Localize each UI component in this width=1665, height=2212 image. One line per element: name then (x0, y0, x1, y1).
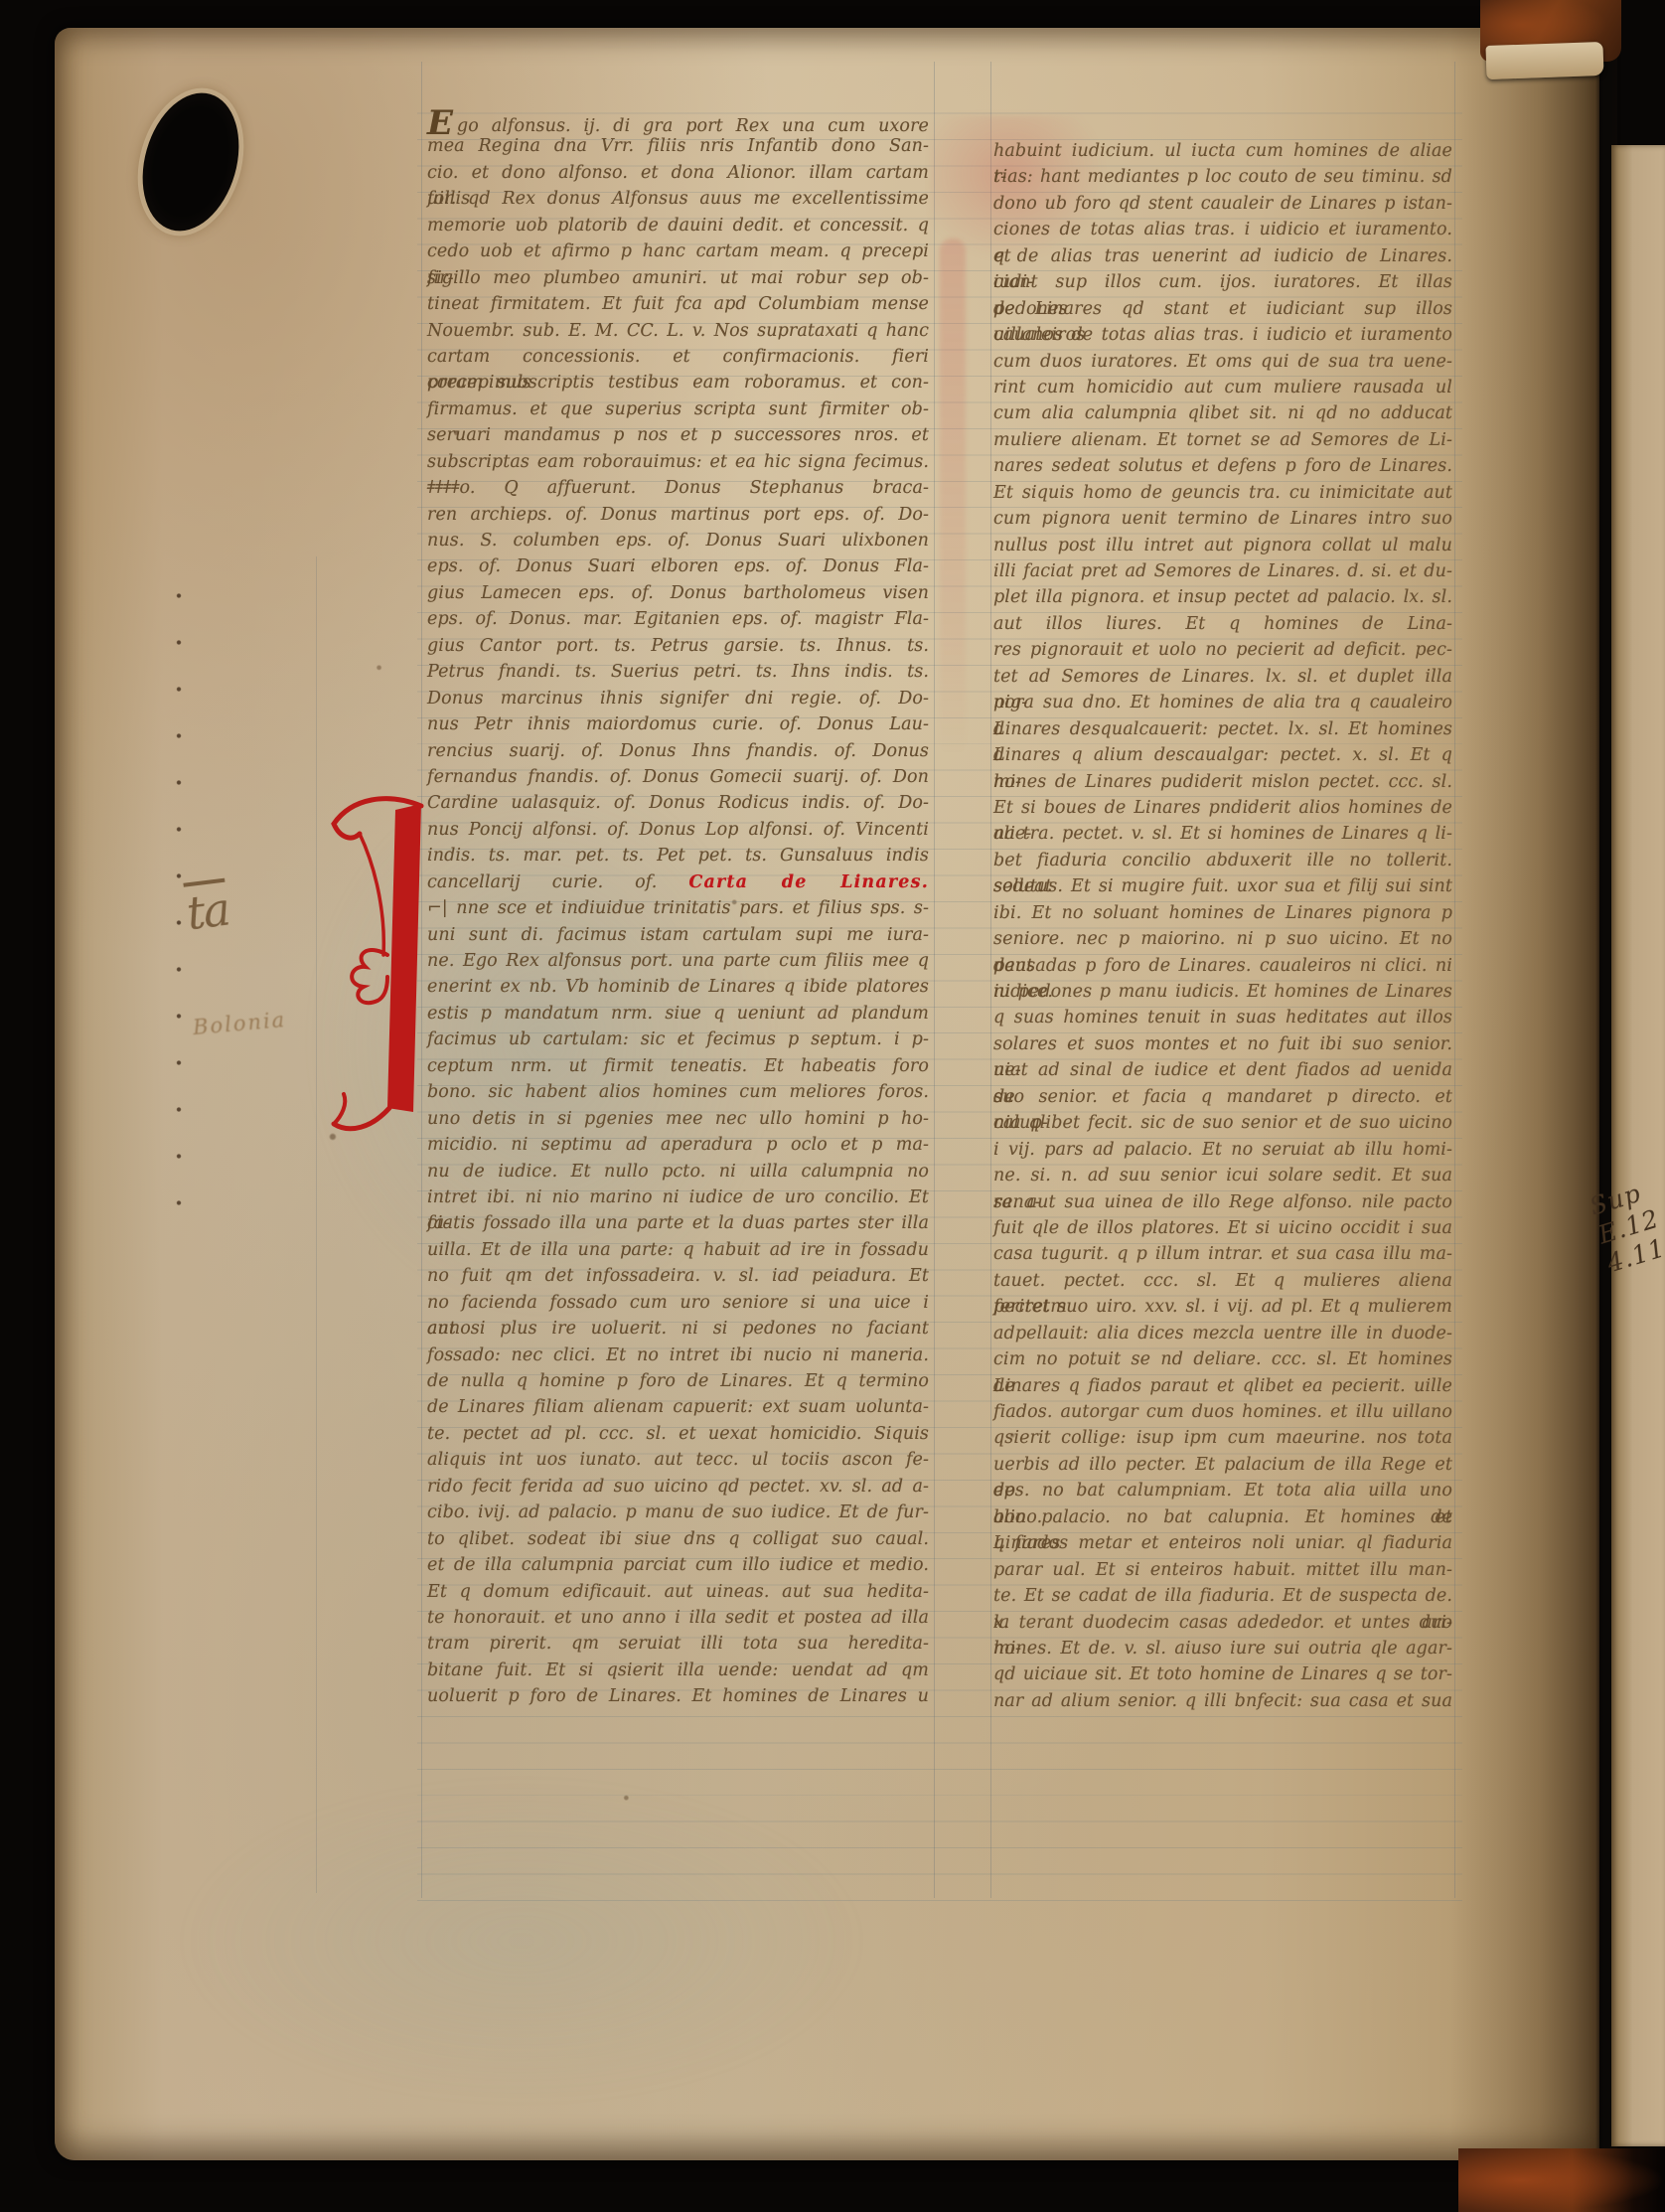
text-line: nus. S. columben eps. of. Donus Suari ul… (427, 528, 929, 553)
text-line: aut illos liures. Et q homines de Lina- (993, 611, 1452, 637)
text-line: seruari mandamus p nos et p successores … (427, 422, 929, 448)
text-line: ciatis fossado illa una parte et la duas… (427, 1210, 929, 1236)
text-line: micidio. ni septimu ad aperadura p oclo … (427, 1132, 929, 1158)
text-line: cedo uob et afirmo p hanc cartam meam. q… (427, 238, 929, 264)
text-line: gius Lamecen eps. of. Donus bartholomeus… (427, 580, 929, 606)
text-line: ǂǂǂǂo. Q affuerunt. Donus Stephanus brac… (427, 475, 929, 501)
text-line: pausadas p foro de Linares. caualeiros n… (993, 953, 1452, 979)
text-line: aliquis int uos iunato. aut tecc. ul toc… (427, 1447, 929, 1473)
text-line: subscriptas eam roborauimus: et ea hic s… (427, 449, 929, 475)
text-line: plet illa pignora. et insup pectet ad pa… (993, 584, 1452, 610)
text-line: Linares q alium descaualgar: pectet. x. … (993, 742, 1452, 768)
text-line: bono. sic habent alios homines cum melio… (427, 1079, 929, 1105)
text-line: nus Poncij alfonsi. of. Donus Lop alfons… (427, 817, 929, 843)
text-line: bitane fuit. Et si qsierit illa uende: u… (427, 1658, 929, 1683)
text-line: adpellauit: alia dices mezcla uentre ill… (993, 1321, 1452, 1346)
text-line: cartam concessionis. et confirmacionis. … (427, 344, 929, 370)
text-line: na tra. pectet. v. sl. Et si homines de … (993, 821, 1452, 847)
text-line: nar ad alium senior. q illi bnfecit: sua… (993, 1688, 1452, 1714)
text-line: memorie uob platorib de dauini dedit. et… (427, 213, 929, 238)
text-line: pectet suo uiro. xxv. sl. i vij. ad pl. … (993, 1294, 1452, 1320)
text-line: enerint ex nb. Vb hominib de Linares q i… (427, 974, 929, 1000)
text-line: rint cum homicidio aut cum muliere rausa… (993, 375, 1452, 400)
text-line: cancellarij curie. of. Carta de Linares. (427, 869, 929, 895)
text-line: qsierit collige: isup ipm cum maeurine. … (993, 1425, 1452, 1451)
text-line: Petrus fnandi. ts. Suerius petri. ts. Ih… (427, 659, 929, 685)
text-line: estis p mandatum nrm. siue q ueniunt ad … (427, 1001, 929, 1027)
text-line: uoluerit p foro de Linares. Et homines d… (427, 1683, 929, 1709)
text-line: rias: hant mediantes p loc couto de seu … (993, 164, 1452, 190)
text-line: parar ual. Et si enteiros habuit. mittet… (993, 1557, 1452, 1583)
text-line: uillanos de totas alias tras. i iudicio … (993, 322, 1452, 348)
text-line: tauet. pectet. ccc. sl. Et q mulieres al… (993, 1268, 1452, 1294)
text-line: no fuit qm det infossadeira. v. sl. iad … (427, 1263, 929, 1289)
text-line: Linares q fiados paraut et qlibet ea pec… (993, 1373, 1452, 1399)
text-line: ne. si. n. ad suu senior icui solare sed… (993, 1163, 1452, 1188)
text-line: Et si boues de Linares pndiderit alios h… (993, 795, 1452, 821)
vertical-ruling-line (1454, 62, 1455, 1898)
text-line: nares sedeat solutus et defens p foro de… (993, 453, 1452, 479)
text-line: de Linares filiam alienam capuerit: ext … (427, 1394, 929, 1420)
text-line: Linares desqualcauerit: pectet. lx. sl. … (993, 716, 1452, 742)
text-line: ciant sup illos cum. ijos. iuratores. Et… (993, 269, 1452, 295)
text-line: habuint iudicium. ul iucta cum homines d… (993, 138, 1452, 164)
text-line: cum duos iuratores. Et oms qui de sua tr… (993, 349, 1452, 375)
text-line: cum alia calumpnia qlibet sit. ni qd no … (993, 400, 1452, 426)
text-line: uerbis ad illo pecter. Et palacium de il… (993, 1452, 1452, 1478)
text-line: indis. ts. mar. pet. ts. Pet pet. ts. Gu… (427, 843, 929, 869)
text-line: cum pignora uenit termino de Linares int… (993, 506, 1452, 532)
text-line: suo senior. et facia q mandaret p direct… (993, 1084, 1452, 1110)
vertical-ruling-line (934, 62, 935, 1898)
text-line: cim no potuit se nd deliare. ccc. sl. Et… (993, 1346, 1452, 1372)
text-line: facimus ub cartulam: sic et fecimus p se… (427, 1027, 929, 1052)
parchment-stain-bottom (174, 1777, 869, 2105)
pricking-holes (175, 572, 183, 1218)
text-line: te. pectet ad pl. ccc. sl. et uexat homi… (427, 1421, 929, 1447)
text-line: to qlibet. sodeat ibi siue dns q colliga… (427, 1526, 929, 1552)
text-line: nus Petr ihnis maiordomus curie. of. Don… (427, 711, 929, 737)
text-line: nia qlibet fecit. sic de suo senior et d… (993, 1110, 1452, 1136)
text-line: eps. of. Donus Suari elboren eps. of. Do… (427, 553, 929, 579)
text-line: eps. no bat calumpniam. Et tota alia uil… (993, 1478, 1452, 1503)
text-line: ceptum nrm. ut firmit teneatis. Et habea… (427, 1053, 929, 1079)
text-line: et de illa calumpnia parciat cum illo iu… (427, 1552, 929, 1578)
text-line: dono ub foro qd stent caualeir de Linare… (993, 191, 1452, 217)
text-line: casa tugurit. q p illum intrar. et sua c… (993, 1241, 1452, 1267)
text-line: ⌐| nne sce et indiuidue trinitatis pars.… (427, 895, 929, 921)
text-line: seniore. nec p maiorino. ni p suo uicino… (993, 926, 1452, 952)
text-line: Et siquis homo de geuncis tra. cu inimic… (993, 480, 1452, 506)
text-line: gius Cantor port. ts. Petrus garsie. ts.… (427, 633, 929, 659)
text-line: res pignorauit et uolo no pecierit ad de… (993, 637, 1452, 663)
text-line: te honorauit. et uno anno i illa sedit e… (427, 1605, 929, 1631)
text-line: alio palacio. no bat calupnia. Et homine… (993, 1504, 1452, 1530)
text-line: fiados. autorgar cum duos homines. et il… (993, 1399, 1452, 1425)
text-line: fuit qle de illos platores. Et si uicino… (993, 1215, 1452, 1241)
text-line: ni pedones p manu iudicis. Et homines de… (993, 979, 1452, 1005)
text-line: uno detis in si pgenies mee nec ullo hom… (427, 1106, 929, 1132)
text-line: ra. aut sua uinea de illo Rege alfonso. … (993, 1189, 1452, 1215)
text-line: la terant duodecim casas adededor. et un… (993, 1610, 1452, 1636)
text-line: q suas homines tenuit in suas heditates … (993, 1005, 1452, 1030)
text-line: illi faciat pret ad Semores de Linares. … (993, 558, 1452, 584)
text-line: intret ibi. ni nio marino ni iudice de u… (427, 1185, 929, 1210)
text-line: solares et suos montes et no fuit ibi su… (993, 1031, 1452, 1057)
right-text-column: habuint iudicium. ul iucta cum homines d… (993, 138, 1452, 1714)
text-line: tram pirerit. qm seruiat illi tota sua h… (427, 1631, 929, 1657)
text-line: fossado: nec clici. Et no intret ibi nuc… (427, 1343, 929, 1368)
text-line: coram subscriptis testibus eam roboramus… (427, 370, 929, 395)
text-line: de Linares qd stant et iudiciant sup ill… (993, 296, 1452, 322)
text-line: for. qd Rex donus Alfonsus auus me excel… (427, 186, 929, 212)
text-line: ibi. Et no soluant homines de Linares pi… (993, 900, 1452, 926)
margin-monogram: ta (184, 882, 231, 941)
text-line: solutus. Et si mugire fuit. uxor sua et … (993, 873, 1452, 899)
text-line: de nulla q homine p foro de Linares. Et … (427, 1368, 929, 1394)
text-line: mines. Et de. v. sl. aiuso iure sui outr… (993, 1636, 1452, 1661)
text-line: nullus post illu intret aut pignora coll… (993, 533, 1452, 558)
text-line: te. Et se cadat de illa fiaduria. Et de … (993, 1583, 1452, 1609)
text-line: rido fecit ferida ad suo uicino qd pecte… (427, 1474, 929, 1500)
text-line: uilla. Et de illa una parte: q habuit ad… (427, 1237, 929, 1263)
text-line: nu de iudice. Et nullo pcto. ni uilla ca… (427, 1159, 929, 1185)
text-line: mea Regina dna Vrr. filiis nris Infantib… (427, 133, 929, 159)
text-line: q fiados metar et enteiros noli uniar. q… (993, 1530, 1452, 1556)
text-line: qd uiciaue sit. Et toto homine de Linare… (993, 1661, 1452, 1687)
text-line: tineat firmitatem. Et fuit fca apd Colum… (427, 291, 929, 317)
left-text-column: Ego alfonsus. ij. di gra port Rex una cu… (427, 107, 929, 1710)
text-line: eps. of. Donus. mar. Egitanien eps. of. … (427, 606, 929, 632)
text-line: nora sua dno. Et homines de alia tra q c… (993, 690, 1452, 715)
text-line: Cardine ualasquiz. of. Donus Rodicus ind… (427, 790, 929, 816)
manuscript-photo: { "page": { "description_label": "parchm… (0, 0, 1665, 2212)
text-line: Et q domum edificauit. aut uineas. aut s… (427, 1579, 929, 1605)
text-line: cibo. ivij. ad palacio. p manu de suo iu… (427, 1500, 929, 1525)
red-initial-I (326, 788, 457, 1134)
text-line: rencius suarij. of. Donus Ihns fnandis. … (427, 738, 929, 764)
text-line: q de alias tras uenerint ad iudicio de L… (993, 243, 1452, 269)
text-line: ne. Ego Rex alfonsus port. una parte cum… (427, 948, 929, 974)
text-line: i vij. pars ad palacio. Et no seruiat ab… (993, 1137, 1452, 1163)
text-line: mines de Linares pudiderit mislon pectet… (993, 769, 1452, 795)
text-line: tet ad Semores de Linares. lx. sl. et du… (993, 664, 1452, 690)
vertical-ruling-line (990, 62, 991, 1898)
text-line: firmamus. et que superius scripta sunt f… (427, 396, 929, 422)
text-line: ciones de totas alias tras. i uidicio et… (993, 217, 1452, 242)
text-line: Ego alfonsus. ij. di gra port Rex una cu… (427, 107, 929, 133)
text-line: uni sunt di. facimus istam cartulam supi… (427, 922, 929, 948)
text-line: Nouembr. sub. E. M. CC. L. v. Nos suprat… (427, 318, 929, 344)
parchment-tab (1485, 42, 1603, 79)
red-offset-streak (940, 238, 966, 755)
text-line: muliere alienam. Et tornet se ad Semores… (993, 427, 1452, 453)
text-line: Donus marcinus ihnis signifer dni regie.… (427, 686, 929, 711)
text-line: fernandus fnandis. of. Donus Gomecii sua… (427, 764, 929, 790)
text-line: cio. et dono alfonso. et dona Alionor. i… (427, 160, 929, 186)
text-line: niat ad sinal de iudice et dent fiados a… (993, 1057, 1452, 1083)
vertical-ruling-line (316, 556, 317, 1893)
text-line: aut si plus ire uoluerit. ni si pedones … (427, 1316, 929, 1342)
text-line: bet fiaduria concilio abduxerit ille no … (993, 848, 1452, 873)
text-line: no facienda fossado cum uro seniore si u… (427, 1290, 929, 1316)
leather-binding-bottom (1458, 2148, 1665, 2212)
gutter-shadow (1450, 28, 1599, 2160)
text-line: sigillo meo plumbeo amuniri. ut mai robu… (427, 265, 929, 291)
text-line: ren archieps. of. Donus martinus port ep… (427, 502, 929, 528)
next-folio-edge (1611, 145, 1665, 2146)
